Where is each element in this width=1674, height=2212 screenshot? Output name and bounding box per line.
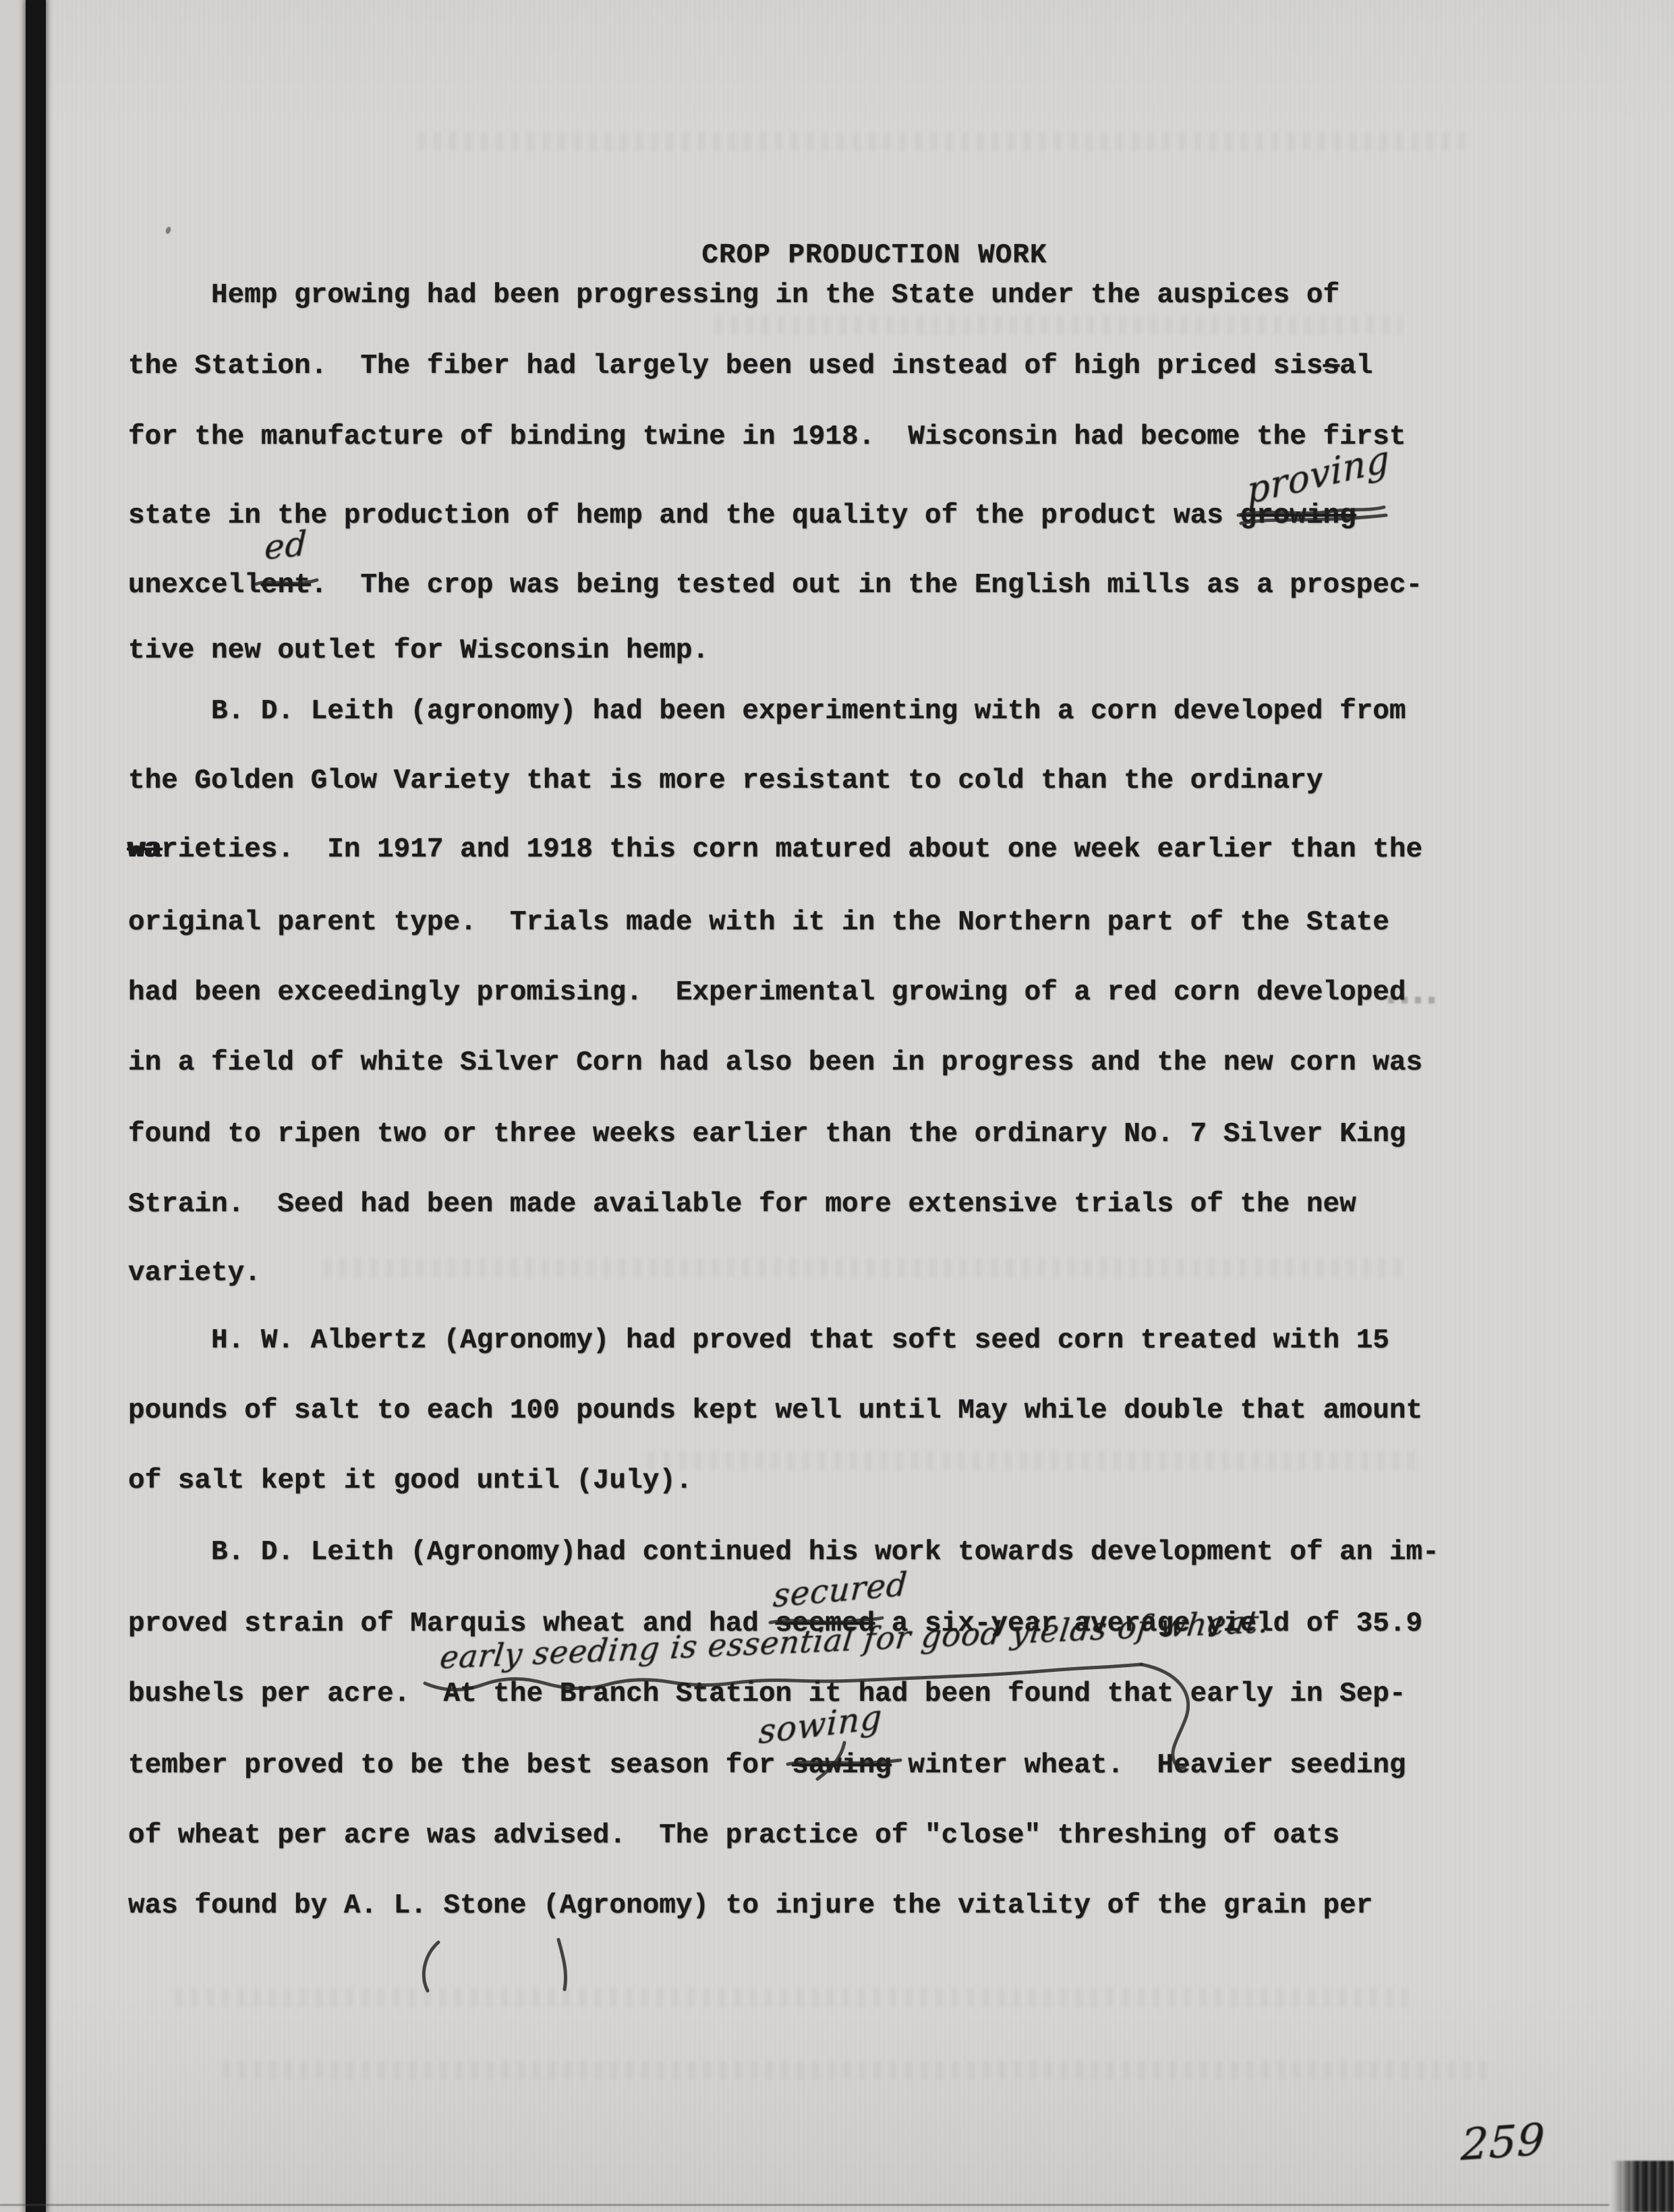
paren-mark xyxy=(424,1942,438,1991)
typed-line: H. W. Albertz (Agronomy) had proved that… xyxy=(128,1327,1389,1355)
scan-edge-bar xyxy=(26,0,46,2212)
typed-line: tember proved to be the best season for … xyxy=(128,1752,1406,1780)
document-title-text: CROP PRODUCTION WORK xyxy=(701,240,1047,271)
bleedthrough-ghost xyxy=(324,1258,1403,1277)
bleedthrough-ghost xyxy=(647,1451,1416,1470)
typed-line: had been exceedingly promising. Experime… xyxy=(128,979,1406,1007)
scan-left-margin xyxy=(0,0,26,2212)
typed-line: unexcellent. The crop was being tested o… xyxy=(128,572,1422,600)
typed-line: found to ripen two or three weeks earlie… xyxy=(128,1121,1406,1148)
typed-line: variety. xyxy=(128,1260,261,1287)
typed-line: for the manufacture of binding twine in … xyxy=(128,424,1406,451)
bleedthrough-ghost xyxy=(715,316,1403,334)
typed-line: Hemp growing had been progressing in the… xyxy=(128,282,1339,310)
typed-line: B. D. Leith (agronomy) had been experime… xyxy=(128,698,1406,726)
typed-line: of wheat per acre was advised. The pract… xyxy=(128,1822,1339,1850)
typed-line: was found by A. L. Stone (Agronomy) to i… xyxy=(128,1892,1373,1920)
typed-line: the Station. The fiber had largely been … xyxy=(128,353,1373,380)
scan-corner-smudge xyxy=(1609,2161,1674,2212)
ink-speck xyxy=(165,226,171,235)
bleedthrough-ghost xyxy=(223,2061,1491,2080)
page-number: 259 xyxy=(1460,2114,1546,2170)
bleedthrough-ghost xyxy=(418,132,1470,151)
bleedthrough-ghost xyxy=(175,1988,1416,2007)
handwritten-ed: ed xyxy=(264,523,308,567)
typed-line: Strain. Seed had been made available for… xyxy=(128,1191,1356,1219)
typed-line: of salt kept it good until (July). xyxy=(128,1467,693,1495)
typed-line: tive new outlet for Wisconsin hemp. xyxy=(128,637,709,665)
typed-line: warieties. In 1917 and 1918 this corn ma… xyxy=(128,836,1422,864)
typed-line: the Golden Glow Variety that is more res… xyxy=(128,767,1323,795)
handwritten-secured: secured xyxy=(772,1565,908,1615)
scan-bottom-edge xyxy=(0,2204,1613,2206)
typed-line: bushels per acre. At the Branch Station … xyxy=(128,1681,1406,1708)
typed-line: in a field of white Silver Corn had also… xyxy=(128,1049,1422,1077)
typed-line: original parent type. Trials made with i… xyxy=(128,909,1389,937)
typed-line: pounds of salt to each 100 pounds kept w… xyxy=(128,1397,1422,1425)
typed-line: state in the production of hemp and the … xyxy=(128,502,1356,530)
slash-mark xyxy=(558,1940,566,1989)
typed-line: B. D. Leith (Agronomy)had continued his … xyxy=(128,1539,1439,1567)
scanned-document-page: CROP PRODUCTION WORK Hemp growing had be… xyxy=(0,0,1674,2212)
